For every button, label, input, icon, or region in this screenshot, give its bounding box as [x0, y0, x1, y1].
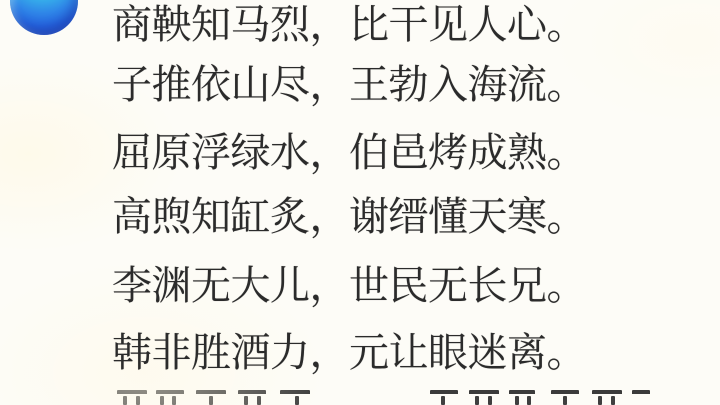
poem-line-3: 屈原浮绿水，伯邑烤成熟。	[112, 130, 586, 176]
screenshot-canvas: 商鞅知马烈，比干见人心。 子推依山尽，王勃入海流。 屈原浮绿水，伯邑烤成熟。 高…	[0, 0, 720, 405]
poem-line-6: 韩非胜酒力，元让眼迷离。	[112, 330, 586, 376]
poem-line-1: 商鞅知马烈，比干见人心。	[112, 2, 586, 48]
user-avatar[interactable]	[10, 0, 78, 35]
poem-line-4: 高煦知缸炙，谢缙懂天寒。	[112, 194, 586, 240]
comment-text-block: 商鞅知马烈，比干见人心。 子推依山尽，王勃入海流。 屈原浮绿水，伯邑烤成熟。 高…	[112, 0, 672, 405]
poem-line-5: 李渊无大儿，世民无长兄。	[112, 263, 586, 309]
poem-line-2: 子推依山尽，王勃入海流。	[112, 62, 586, 108]
